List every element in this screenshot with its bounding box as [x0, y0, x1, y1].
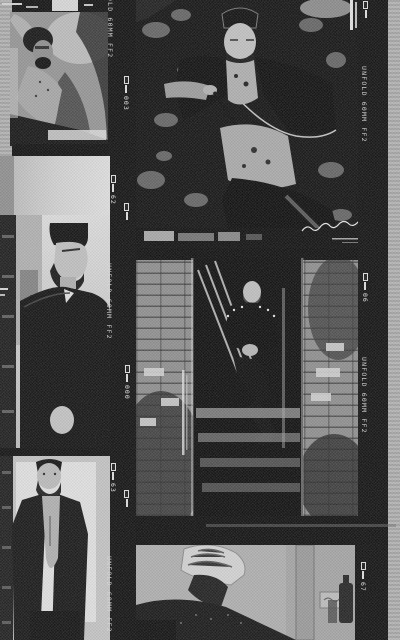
- frame-marker-icon: [111, 463, 116, 471]
- film-text-right-top: UNFOLD 60MM FF2: [360, 66, 368, 143]
- film-text-left-bottom: UNFOLD 60MM FF2: [105, 556, 113, 633]
- frame-marker-stem: [362, 571, 364, 579]
- frame-number: 06: [361, 293, 369, 303]
- frame-marker: 06: [361, 273, 369, 303]
- frame-marker-icon: [124, 76, 129, 84]
- frame-marker: 63: [109, 463, 117, 493]
- frame-marker: 003: [122, 76, 130, 111]
- frame-marker-icon: [363, 273, 368, 281]
- film-annotations: OLD 60MM FF2 UNFOLD 60MM FF2 UNFOLD 60MM…: [0, 0, 400, 640]
- frame-marker: [363, 1, 368, 21]
- frame-number: 67: [359, 582, 367, 592]
- frame-marker-stem: [112, 472, 114, 480]
- film-text-right-mid: UNFOLD 60MM FF2: [360, 357, 368, 434]
- film-text-left-top: OLD 60MM FF2: [106, 0, 114, 58]
- frame-marker-stem: [126, 374, 128, 382]
- frame-marker: [124, 203, 129, 223]
- frame-number: 000: [123, 385, 131, 400]
- frame-number: 62: [109, 195, 117, 205]
- frame-marker: 000: [123, 365, 131, 400]
- frame-marker-icon: [363, 1, 368, 9]
- frame-number: 63: [109, 483, 117, 493]
- frame-marker-stem: [365, 10, 367, 18]
- frame-marker-stem: [364, 282, 366, 290]
- frame-marker-icon: [125, 365, 130, 373]
- frame-marker-icon: [361, 562, 366, 570]
- frame-marker-stem: [112, 184, 114, 192]
- film-text-left-mid: UNFOLD 60MM FF2: [105, 263, 113, 340]
- frame-marker-icon: [111, 175, 116, 183]
- frame-marker-icon: [124, 203, 129, 211]
- frame-marker-stem: [125, 85, 127, 93]
- frame-marker: [124, 490, 129, 510]
- frame-marker-stem: [126, 212, 128, 220]
- film-collage: OLD 60MM FF2 UNFOLD 60MM FF2 UNFOLD 60MM…: [0, 0, 400, 640]
- frame-marker: 67: [359, 562, 367, 592]
- frame-marker-stem: [126, 499, 128, 507]
- frame-marker-icon: [124, 490, 129, 498]
- frame-number: 003: [122, 96, 130, 111]
- frame-marker: 62: [109, 175, 117, 205]
